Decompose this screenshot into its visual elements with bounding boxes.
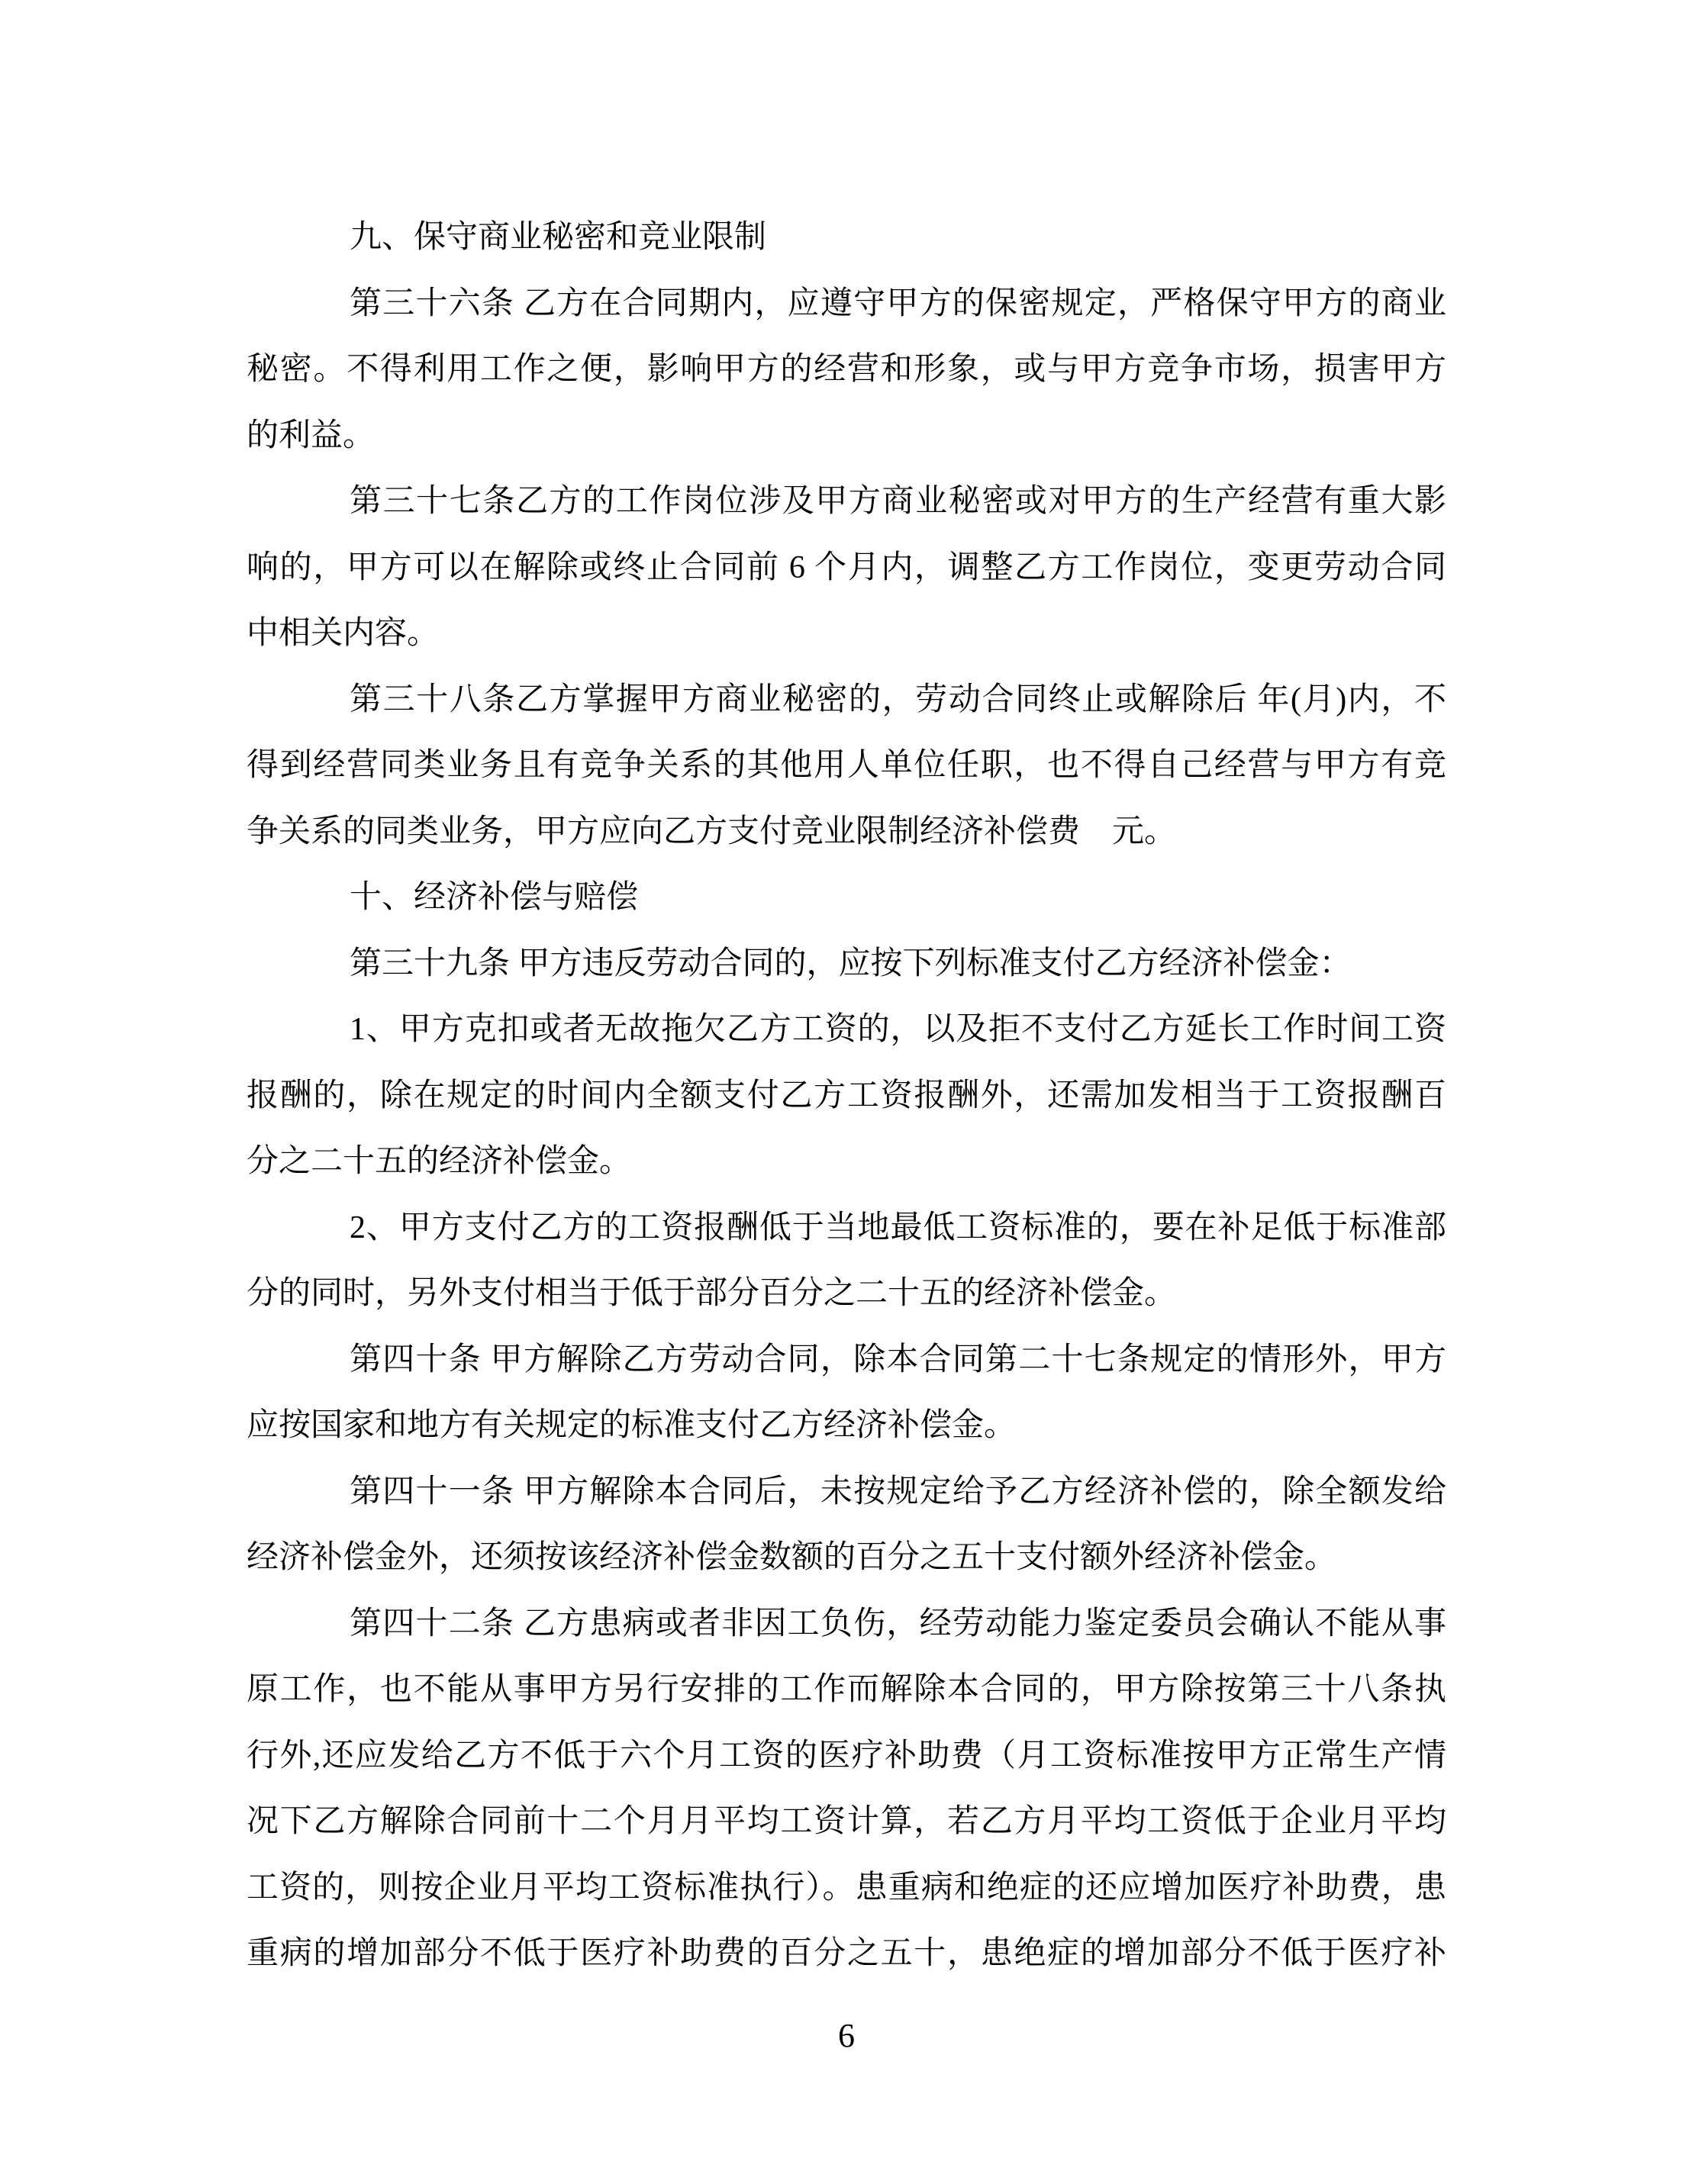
text-line: 工资的，则按企业月平均工资标准执行）。患重病和绝症的还应增加医疗补助费，患 [247,1855,1446,1921]
text-line: 应按国家和地方有关规定的标准支付乙方经济补偿金。 [247,1393,1446,1459]
text-line: 第三十九条 甲方违反劳动合同的，应按下列标准支付乙方经济补偿金： [247,931,1446,997]
text-line: 第四十一条 甲方解除本合同后，未按规定给予乙方经济补偿的，除全额发给 [247,1459,1446,1525]
text-line: 中相关内容。 [247,601,1446,667]
text-line: 行外,还应发给乙方不低于六个月工资的医疗补助费（月工资标准按甲方正常生产情 [247,1723,1446,1789]
document-lines: 九、保守商业秘密和竞业限制第三十六条 乙方在合同期内，应遵守甲方的保密规定，严格… [247,205,1446,1987]
text-line: 的利益。 [247,403,1446,469]
text-line: 第三十七条乙方的工作岗位涉及甲方商业秘密或对甲方的生产经营有重大影 [247,469,1446,535]
text-line: 第四十条 甲方解除乙方劳动合同，除本合同第二十七条规定的情形外，甲方 [247,1327,1446,1393]
text-line: 报酬的，除在规定的时间内全额支付乙方工资报酬外，还需加发相当于工资报酬百 [247,1063,1446,1129]
text-line: 经济补偿金外，还须按该经济补偿金数额的百分之五十支付额外经济补偿金。 [247,1525,1446,1591]
document-page: 九、保守商业秘密和竞业限制第三十六条 乙方在合同期内，应遵守甲方的保密规定，严格… [0,0,1686,2184]
text-line: 原工作，也不能从事甲方另行安排的工作而解除本合同的，甲方除按第三十八条执 [247,1657,1446,1723]
text-line: 第四十二条 乙方患病或者非因工负伤，经劳动能力鉴定委员会确认不能从事 [247,1591,1446,1657]
text-line: 九、保守商业秘密和竞业限制 [247,205,1446,271]
text-line: 第三十八条乙方掌握甲方商业秘密的，劳动合同终止或解除后 年(月)内，不 [247,667,1446,733]
text-line: 响的，甲方可以在解除或终止合同前 6 个月内，调整乙方工作岗位，变更劳动合同 [247,535,1446,601]
text-line: 十、经济补偿与赔偿 [247,865,1446,931]
text-line: 重病的增加部分不低于医疗补助费的百分之五十，患绝症的增加部分不低于医疗补 [247,1921,1446,1987]
text-line: 况下乙方解除合同前十二个月月平均工资计算，若乙方月平均工资低于企业月平均 [247,1789,1446,1855]
text-line: 2、甲方支付乙方的工资报酬低于当地最低工资标准的，要在补足低于标准部 [247,1195,1446,1261]
text-line: 分的同时，另外支付相当于低于部分百分之二十五的经济补偿金。 [247,1261,1446,1327]
text-line: 分之二十五的经济补偿金。 [247,1129,1446,1195]
text-line: 1、甲方克扣或者无故拖欠乙方工资的，以及拒不支付乙方延长工作时间工资 [247,997,1446,1063]
text-line: 第三十六条 乙方在合同期内，应遵守甲方的保密规定，严格保守甲方的商业 [247,271,1446,337]
page-number: 6 [247,2009,1446,2063]
text-line: 秘密。不得利用工作之便，影响甲方的经营和形象，或与甲方竞争市场，损害甲方 [247,337,1446,403]
text-line: 得到经营同类业务且有竞争关系的其他用人单位任职，也不得自己经营与甲方有竞 [247,733,1446,799]
text-line: 争关系的同类业务，甲方应向乙方支付竞业限制经济补偿费 元。 [247,799,1446,865]
